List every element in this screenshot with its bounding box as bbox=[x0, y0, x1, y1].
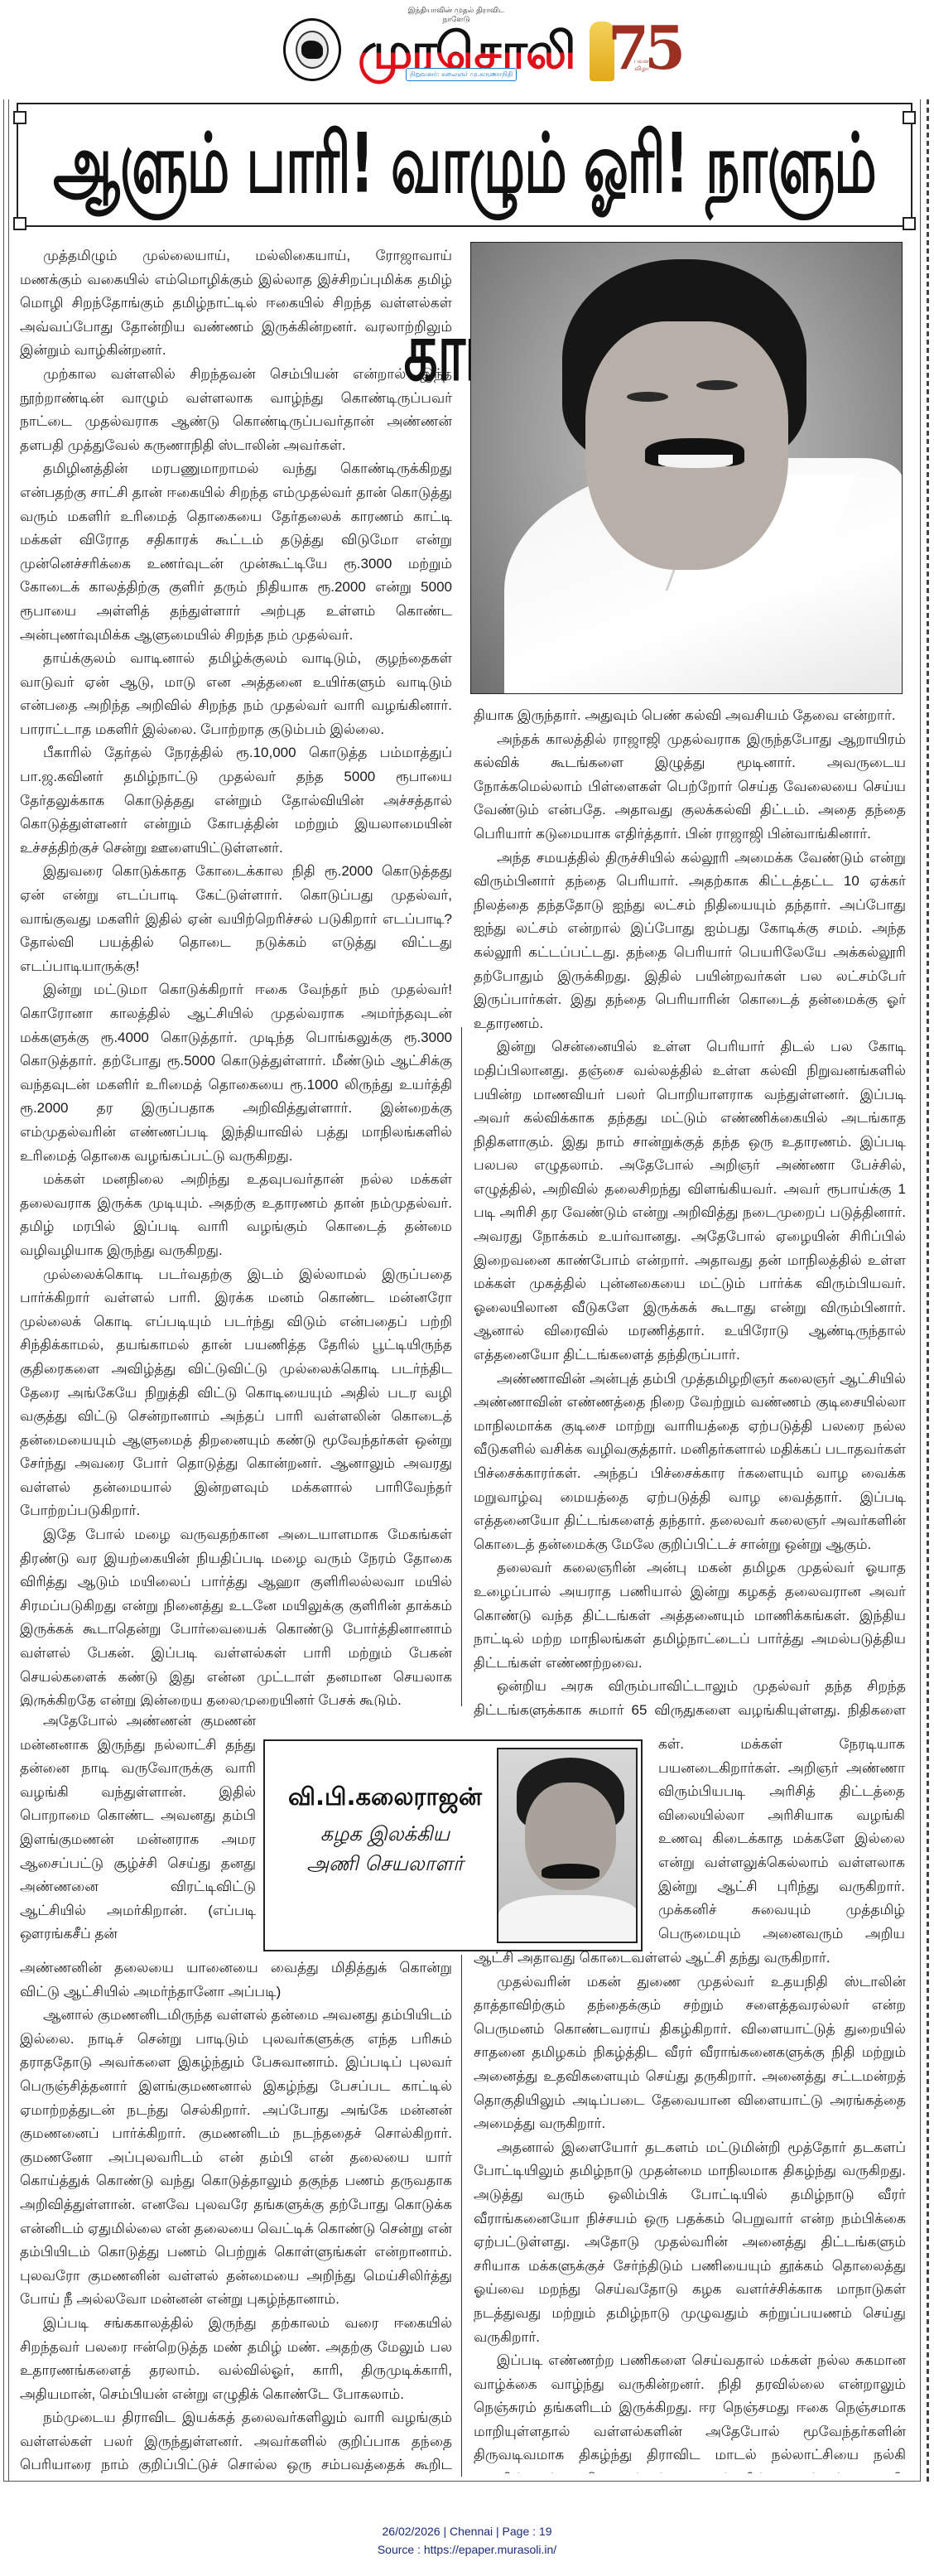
paragraph: முத்தமிழும் முல்லையாய், மல்லிகையாய், ரோஜ… bbox=[20, 244, 452, 363]
paragraph: பீகாரில் தேர்தல் நேரத்தில் ரூ.10,000 கொட… bbox=[20, 741, 452, 860]
column-divider bbox=[461, 1955, 462, 2477]
photo-eye bbox=[696, 380, 738, 390]
paragraph: முதல்வரின் மகன் துணை முதல்வர் உதயநிதி ஸ்… bbox=[474, 1971, 906, 2136]
right-column-bottom: ஆட்சி அதாவது கொடைவள்ளல் ஆட்சி தந்து வருக… bbox=[474, 1946, 906, 2473]
paragraph: தியாக இருந்தார். அதுவும் பெண் கல்வி அவசி… bbox=[474, 704, 906, 728]
paragraph: அண்ணாவின் அன்புத் தம்பி முத்தமிழறிஞர் கல… bbox=[474, 1368, 906, 1557]
paragraph: அந்த சமயத்தில் திருச்சியில் கல்லூரி அமைக… bbox=[474, 847, 906, 1036]
paragraph: இன்று மட்டுமா கொடுக்கிறார் ஈகை வேந்தர் ந… bbox=[20, 978, 452, 1168]
footer-source-link[interactable]: Source : https://epaper.murasoli.in/ bbox=[0, 2543, 934, 2556]
paragraph: தலைவர் கலைஞரின் அன்பு மகன் தமிழக முதல்வர… bbox=[474, 1556, 906, 1675]
footer-date-page: 26/02/2026 | Chennai | Page : 19 bbox=[0, 2525, 934, 2538]
left-column-top: முத்தமிழும் முல்லையாய், மல்லிகையாய், ரோஜ… bbox=[20, 244, 452, 1706]
author-box: வி.பி.கலைராஜன் கழக இலக்கிய அணி செயலாளர் bbox=[263, 1739, 643, 1951]
paragraph: அதேபோல் அண்ணன் குமணன் மன்னனாக இருந்து நல… bbox=[20, 1710, 256, 1946]
paragraph: மக்கள் மனநிலை அறிந்து உதவுபவர்தான் நல்ல … bbox=[20, 1168, 452, 1262]
photo-shirt bbox=[498, 1895, 638, 1943]
author-role: அணி செயலாளர் bbox=[273, 1852, 497, 1878]
chief-minister-photo bbox=[470, 242, 903, 694]
page-border-left bbox=[3, 99, 9, 2482]
paragraph: இதே போல் மழை வருவதற்கான அடையாளமாக மேகங்க… bbox=[20, 1523, 452, 1706]
photo-smile bbox=[658, 455, 733, 468]
paragraph: இதுவரை கொடுக்காத கோடைக்கால நிதி ரூ.2000 … bbox=[20, 860, 452, 978]
paragraph: முல்லைக்கொடி படர்வதற்கு இடம் இல்லாமல் இர… bbox=[20, 1263, 452, 1524]
author-name: வி.பி.கலைராஜன் bbox=[273, 1782, 497, 1814]
author-photo bbox=[497, 1748, 638, 1943]
author-role: கழக இலக்கிய bbox=[273, 1822, 497, 1848]
dashed-cut-line bbox=[927, 99, 929, 2482]
page-border-bottom bbox=[3, 2481, 921, 2482]
left-column-narrow: அதேபோல் அண்ணன் குமணன் மன்னனாக இருந்து நல… bbox=[20, 1710, 256, 1955]
paragraph: தாய்க்குலம் வாடினால் தமிழ்க்குலம் வாடிடு… bbox=[20, 647, 452, 741]
left-column-bottom: அண்ணனின் தலையை யானையை வைத்து மிதித்துக் … bbox=[20, 1956, 452, 2473]
paragraph: முற்கால வள்ளலில் சிறந்தவன் செம்பியன் என்… bbox=[20, 363, 452, 457]
photo-mustache bbox=[542, 1864, 599, 1879]
headline-box: ஆளும் பாரி! வாழும் ஓரி! நாளும் காரி! bbox=[17, 103, 912, 227]
article-headline: ஆளும் பாரி! வாழும் ஓரி! நாளும் காரி! bbox=[18, 71, 911, 258]
paragraph: நம்முடைய திராவிட இயக்கத் தலைவர்களிலும் வ… bbox=[20, 2406, 452, 2473]
right-column-top: தியாக இருந்தார். அதுவும் பெண் கல்வி அவசி… bbox=[474, 704, 906, 1718]
paragraph: தமிழினத்தின் மரபணுமாறாமல் வந்து கொண்டிரு… bbox=[20, 457, 452, 647]
column-divider bbox=[461, 1027, 462, 1706]
paragraph: இன்று சென்னையில் உள்ள பெரியார் திடல் பல … bbox=[474, 1035, 906, 1367]
photo-eye bbox=[627, 392, 668, 402]
paragraph: அதனால் இளையோர் தடகளம் மட்டுமின்றி மூத்தோ… bbox=[474, 2136, 906, 2349]
paragraph: கள். மக்கள் நேரடியாக பயனடைகிறார்கள். அறி… bbox=[658, 1733, 905, 1943]
paragraph: ஒன்றிய அரசு விரும்பாவிட்டாலும் முதல்வர் … bbox=[474, 1675, 906, 1718]
paragraph: இப்படி சங்ககாலத்தில் இருந்து தற்காலம் வர… bbox=[20, 2312, 452, 2406]
rising-sun-emblem-icon bbox=[301, 41, 323, 59]
right-column-narrow: கள். மக்கள் நேரடியாக பயனடைகிறார்கள். அறி… bbox=[658, 1733, 905, 1943]
paragraph: ஆனால் குமணனிடமிருந்த வள்ளல் தன்மை அவனது … bbox=[20, 2004, 452, 2312]
paragraph: இப்படி எண்ணற்ற பணிகளை செய்வதால் மக்கள் ந… bbox=[474, 2349, 906, 2473]
paragraph: அந்தக் காலத்தில் ராஜாஜி முதல்வராக இருந்த… bbox=[474, 728, 906, 847]
page-border-right bbox=[920, 99, 923, 2482]
paragraph: அண்ணனின் தலையை யானையை வைத்து மிதித்துக் … bbox=[20, 1956, 452, 2004]
